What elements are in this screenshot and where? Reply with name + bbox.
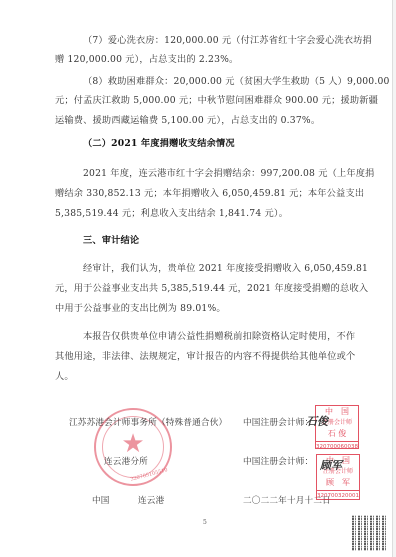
notice-line1: 本报告仅供贵单位申请公益性捐赠税前扣除资格认定时使用，不作 <box>83 327 383 347</box>
cpa-signature-1: 石俊 <box>306 413 328 429</box>
cpa-signature-2: 顾军 <box>320 457 342 473</box>
conclusion-line3: 中用于公益事业的支出比例为 89.01%。 <box>55 299 355 319</box>
item7-line2: 赠 120,000.00 元），占总支出的 2.23%。 <box>55 50 355 70</box>
qr-code-icon <box>352 515 388 551</box>
notice-line2: 其他用途，非法律、法规规定，审计报告的内容不得提供给其他单位或个 <box>55 347 355 367</box>
notice-line3: 人。 <box>55 367 355 387</box>
item8-line3: 运输费、援助西藏运输费 5,100.00 元），占总支出的 0.37%。 <box>55 111 355 131</box>
section3-heading: 三、审计结论 <box>83 231 383 251</box>
conclusion-line1: 经审计，我们认为，贵单位 2021 年度接受捐赠收入 6,050,459.81 <box>83 259 383 279</box>
item8-line1: （8）救助困难群众：20,000.00 元（贫困大学生救助（5 人）9,000.… <box>83 72 383 92</box>
section2-line3: 5,385,519.44 元；利息收入支出结余 1,841.74 元）。 <box>55 204 355 224</box>
conclusion-line2: 元，用于公益事业支出共 5,385,519.44 元，2021 年度接受捐赠的总… <box>55 279 355 299</box>
item8-line2: 元；付孟庆江救助 5,000.00 元；中秋节慰问困难群众 900.00 元；援… <box>55 91 355 111</box>
page-number: 5 <box>203 519 207 526</box>
section2-line1: 2021 年度，连云港市红十字会捐赠结余：997,200.08 元（上年度捐 <box>83 164 383 184</box>
section2-heading: （二）2021 年度捐赠收支结余情况 <box>83 134 383 154</box>
item7-line1: （7）爱心洗衣房：120,000.00 元（付江苏省红十字会爱心洗衣坊捐 <box>83 31 383 51</box>
document-page: （7）爱心洗衣房：120,000.00 元（付江苏省红十字会爱心洗衣坊捐 赠 1… <box>0 0 393 557</box>
section2-line2: 赠结余 330,852.13 元；本年捐赠收入 6,050,459.81 元；本… <box>55 184 355 204</box>
